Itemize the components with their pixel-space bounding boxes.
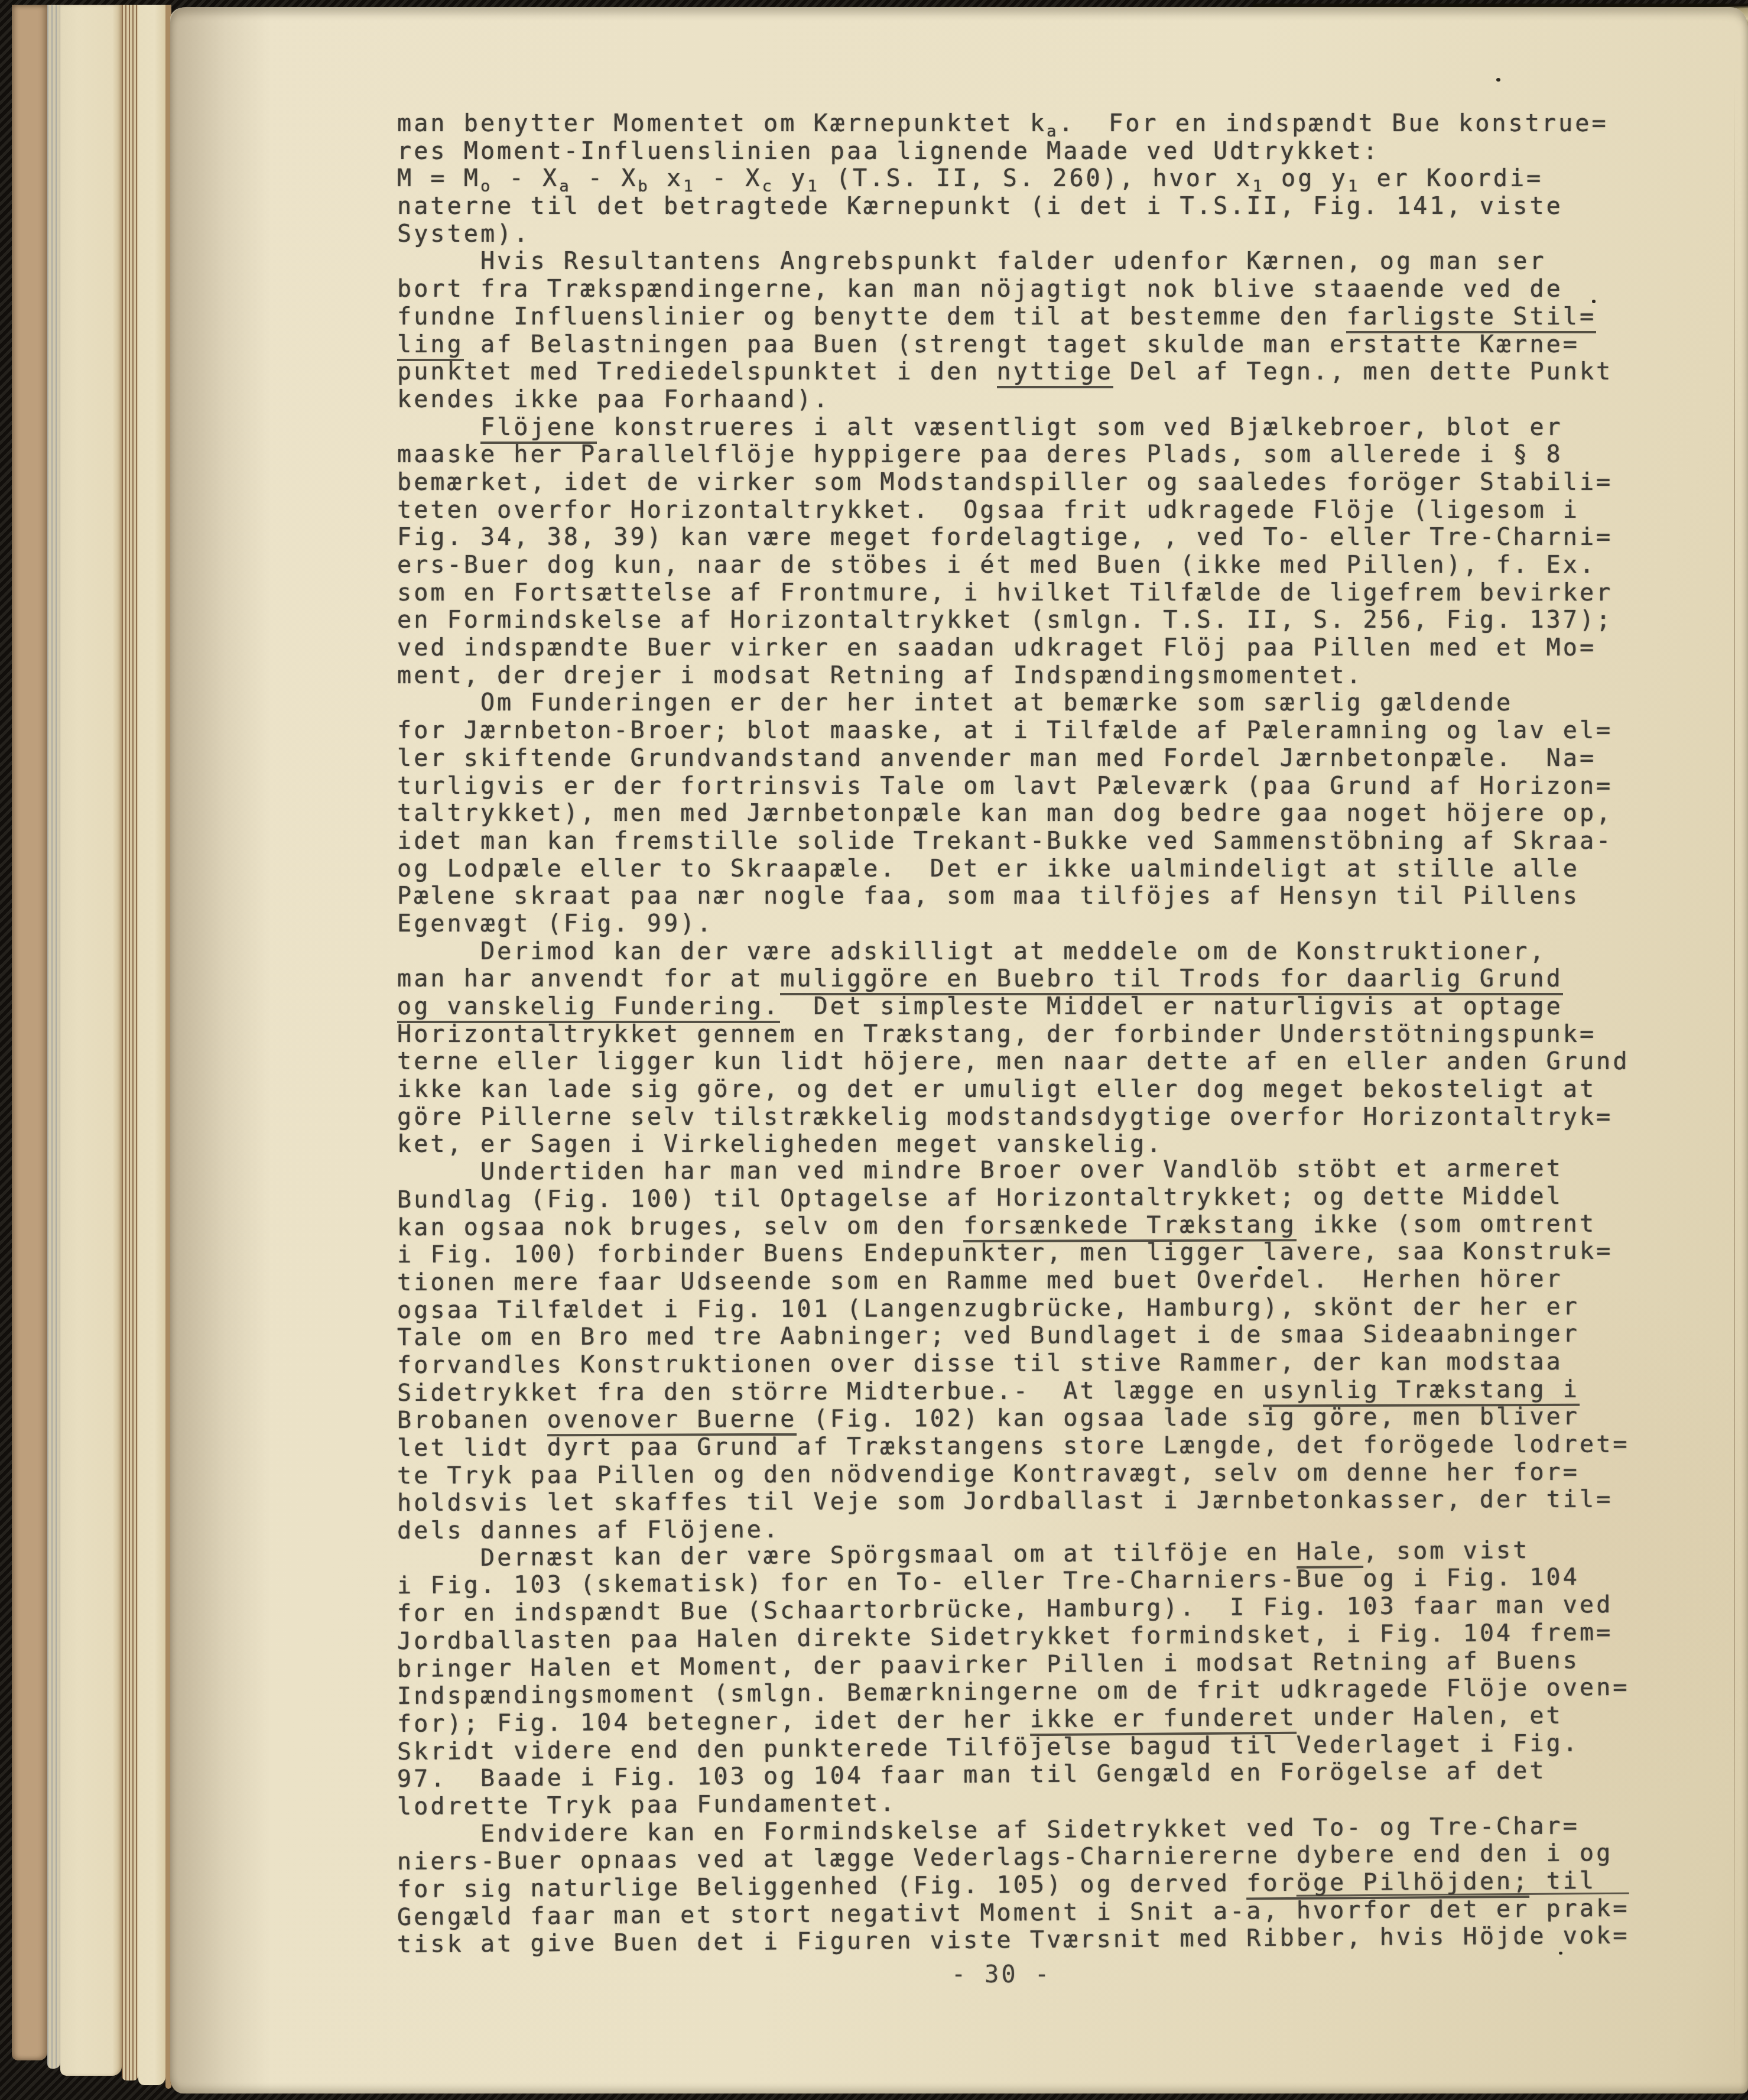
text-line: Om Funderingen er der her intet at bemær… <box>397 689 1674 717</box>
text-line: System). <box>397 220 1674 248</box>
text-line: tionen mere faar Udseende som en Ramme m… <box>397 1265 1674 1296</box>
text-line: Egenvægt (Fig. 99). <box>397 910 1674 938</box>
scanned-book-photo: man benytter Momentet om Kærnepunktet ka… <box>0 0 1748 2100</box>
text-line: ling af Belastningen paa Buen (strengt t… <box>397 331 1674 359</box>
text-line: ogsaa Tilfældet i Fig. 101 (Langenzugbrü… <box>397 1293 1674 1324</box>
text-line: en Formindskelse af Horizontaltrykket (s… <box>397 606 1674 634</box>
text-line: man benytter Momentet om Kærnepunktet ka… <box>397 110 1674 138</box>
text-line: ikke kan lade sig göre, og det er umulig… <box>397 1076 1674 1103</box>
text-line: bort fra Trækspændingerne, kan man nöjag… <box>397 275 1674 303</box>
text-line: bemærket, idet de virker som Modstandspi… <box>397 469 1674 496</box>
text-line: ers-Buer dog kun, naar de stöbes i ét me… <box>397 551 1674 579</box>
text-line: ment, der drejer i modsat Retning af Ind… <box>397 662 1674 690</box>
text-line: kan ogsaa nok bruges, selv om den forsæn… <box>397 1210 1674 1241</box>
text-line: for Jærnbeton-Broer; blot maaske, at i T… <box>397 717 1674 745</box>
text-line: og Lodpæle eller to Skraapæle. Det er ik… <box>397 855 1674 883</box>
gutter-shadow <box>170 7 271 2093</box>
text-line: punktet med Trediedelspunktet i den nytt… <box>397 358 1674 386</box>
text-line: Fig. 34, 38, 39) kan være meget fordelag… <box>397 524 1674 551</box>
text-line: göre Pillerne selv tilstrækkelig modstan… <box>397 1103 1674 1131</box>
page-edge-stack-marble <box>47 5 60 2069</box>
page-edge-stack-tan <box>12 5 47 2060</box>
text-line: Flöjene konstrueres i alt væsentligt som… <box>397 414 1674 442</box>
text-line: ket, er Sagen i Virkeligheden meget vans… <box>397 1131 1674 1158</box>
text-line: som en Fortsættelse af Frontmure, i hvil… <box>397 579 1674 607</box>
text-line: Tale om en Bro med tre Aabninger; ved Bu… <box>397 1320 1674 1351</box>
text-line: ler skiftende Grundvandstand anvender ma… <box>397 745 1674 773</box>
text-line: holdsvis let skaffes til Veje som Jordba… <box>397 1486 1674 1517</box>
text-line: kendes ikke paa Forhaand). <box>397 386 1674 414</box>
text-line: Brobanen ovenover Buerne (Fig. 102) kan … <box>397 1403 1674 1434</box>
text-line: Sidetrykket fra den större Midterbue.- A… <box>397 1375 1674 1407</box>
typewritten-text-block: man benytter Momentet om Kærnepunktet ka… <box>397 110 1674 1959</box>
text-line: Pælene skraat paa nær nogle faa, som maa… <box>397 882 1674 910</box>
text-line: og vanskelig Fundering. Det simpleste Mi… <box>397 993 1674 1021</box>
text-line: naterne til det betragtede Kærnepunkt (i… <box>397 193 1674 220</box>
text-line: Hvis Resultantens Angrebspunkt falder ud… <box>397 248 1674 275</box>
paper-speck <box>1496 78 1500 82</box>
text-line: idet man kan fremstille solide Trekant-B… <box>397 827 1674 855</box>
paper-crease <box>1734 78 1735 2070</box>
text-line: maaske her Parallelflöje hyppigere paa d… <box>397 441 1674 469</box>
text-line: Derimod kan der være adskilligt at medde… <box>397 938 1674 966</box>
text-line: turligvis er der fortrinsvis Tale om lav… <box>397 773 1674 800</box>
text-line: taltrykket), men med Jærnbetonpæle kan m… <box>397 800 1674 827</box>
text-line: terne eller ligger kun lidt höjere, men … <box>397 1048 1674 1076</box>
text-line: let lidt dyrt paa Grund af Trækstangens … <box>397 1430 1674 1462</box>
text-line: ved indspændte Buer virker en saadan udk… <box>397 634 1674 662</box>
text-line: fundne Influenslinier og benytte dem til… <box>397 303 1674 331</box>
page-edge-stack-cream-2 <box>138 5 165 2085</box>
text-line: Bundlag (Fig. 100) til Optagelse af Hori… <box>397 1182 1674 1213</box>
page-edge-stack-cream <box>60 5 122 2076</box>
text-line: Horizontaltrykket gennem en Trækstang, d… <box>397 1021 1674 1049</box>
text-line: Undertiden har man ved mindre Broer over… <box>397 1154 1674 1186</box>
page-number: - 30 - <box>951 1961 1051 1988</box>
text-line: teten overfor Horizontaltrykket. Ogsaa f… <box>397 496 1674 524</box>
text-line: M = Mo - Xa - Xb x1 - Xc y1 (T.S. II, S.… <box>397 165 1674 193</box>
page-edge-stack-lines <box>122 5 138 2080</box>
text-line: i Fig. 100) forbinder Buens Endepunkter,… <box>397 1237 1674 1268</box>
text-line: man har anvendt for at muliggöre en Bueb… <box>397 965 1674 993</box>
text-line: res Moment-Influenslinien paa lignende M… <box>397 138 1674 165</box>
text-line: forvandles Konstruktionen over disse til… <box>397 1348 1674 1379</box>
text-line: te Tryk paa Pillen og den nödvendige Kon… <box>397 1458 1674 1489</box>
